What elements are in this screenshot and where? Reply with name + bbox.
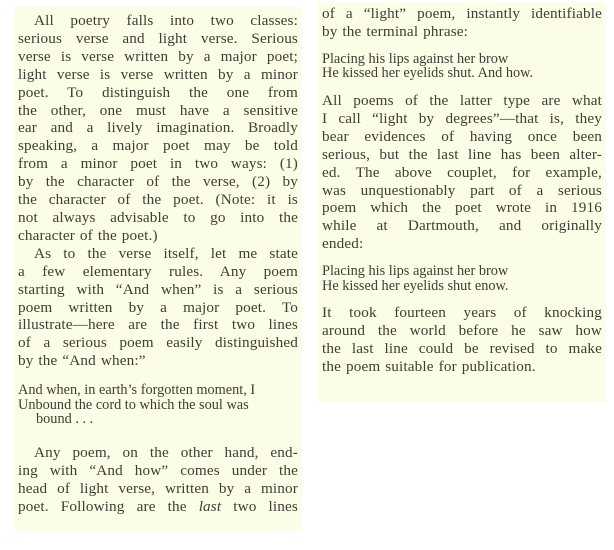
text-line: All poems of the latter type are what xyxy=(322,92,602,110)
text-fragment: poet. Following are the xyxy=(18,498,199,515)
text-line: the poem suitable for publication. xyxy=(322,358,602,376)
text-line: character of the poet.) xyxy=(18,227,298,245)
text-line: the last line could be revised to make xyxy=(322,340,602,358)
verse-line: Placing his lips against her brow xyxy=(322,264,602,279)
text-line: As to the verse itself, let me state xyxy=(18,245,298,263)
left-text-column: All poetry falls into two classes: serio… xyxy=(14,7,302,531)
text-line: Any poem, on the other hand, end- xyxy=(18,444,298,462)
paragraph-and-how: Any poem, on the other hand, end- ing wi… xyxy=(18,444,298,516)
text-line: was unquestionably part of a serious xyxy=(322,182,602,200)
verse-line: Placing his lips against her brow xyxy=(322,52,602,67)
text-line: serious, but the last line has been alte… xyxy=(322,146,602,164)
text-line: not always advisable to go into the xyxy=(18,209,298,227)
verse-serious-example: And when, in earth’s forgotten moment, I… xyxy=(18,383,298,427)
paragraph-poetry-classes: All poetry falls into two classes: serio… xyxy=(18,12,298,245)
text-line: illustrate—here are the first two lines xyxy=(18,316,298,334)
right-text-column: of a “light” poem, instantly identifiabl… xyxy=(318,2,606,402)
text-line: while at Dartmouth, and originally xyxy=(322,217,602,235)
text-line: poem which the poet wrote in 1916 xyxy=(322,199,602,217)
text-line: poet. Following are the last two lines xyxy=(18,498,298,516)
paragraph-elementary-rules: As to the verse itself, let me state a f… xyxy=(18,245,298,370)
paragraph-light-poem-intro: of a “light” poem, instantly identifiabl… xyxy=(322,5,602,41)
text-line: by the terminal phrase: xyxy=(322,23,602,41)
verse-line: Unbound the cord to which the soul was xyxy=(18,398,298,413)
text-line: of a “light” poem, instantly identifiabl… xyxy=(322,5,602,23)
text-line: It took fourteen years of knocking xyxy=(322,304,602,322)
text-line: bear evidences of having once been xyxy=(322,128,602,146)
text-line: starting with “And when” is a serious xyxy=(18,281,298,299)
verse-original-example: Placing his lips against her brow He kis… xyxy=(322,264,602,293)
verse-line: And when, in earth’s forgotten moment, I xyxy=(18,383,298,398)
text-line: poem written by a major poet. To xyxy=(18,299,298,317)
verse-light-example: Placing his lips against her brow He kis… xyxy=(322,52,602,81)
text-line: from a minor poet in two ways: (1) xyxy=(18,155,298,173)
text-line: by the “And when:” xyxy=(18,352,298,370)
text-line: of a serious poem easily distinguished xyxy=(18,334,298,352)
verse-line: He kissed her eyelids shut. And how. xyxy=(322,66,602,81)
text-line: serious verse and light verse. Serious xyxy=(18,30,298,48)
text-line: poet. To distinguish the one from xyxy=(18,84,298,102)
text-line: verse is verse written by a major poet; xyxy=(18,48,298,66)
paragraph-light-by-degrees: All poems of the latter type are what I … xyxy=(322,92,602,253)
text-line: by the character of the verse, (2) by xyxy=(18,173,298,191)
text-line: light verse is verse written by a minor xyxy=(18,66,298,84)
text-line: I call “light by degrees”—that is, they xyxy=(322,110,602,128)
text-line: speaking, a major poet may be told xyxy=(18,137,298,155)
text-line: the character of the poet. (Note: it is xyxy=(18,191,298,209)
text-line: All poetry falls into two classes: xyxy=(18,12,298,30)
verse-line: bound . . . xyxy=(18,412,298,427)
verse-line: He kissed her eyelids shut enow. xyxy=(322,279,602,294)
text-line: ended: xyxy=(322,235,602,253)
italic-emphasis: last xyxy=(199,498,222,515)
text-line: ed. The above couplet, for example, xyxy=(322,164,602,182)
text-line: the other, one must have a sensitive xyxy=(18,102,298,120)
text-line: head of light verse, written by a minor xyxy=(18,480,298,498)
text-line: ear and a lively imagination. Broadly xyxy=(18,119,298,137)
text-line: a few elementary rules. Any poem xyxy=(18,263,298,281)
text-fragment: two lines xyxy=(221,498,298,515)
paragraph-fourteen-years: It took fourteen years of knocking aroun… xyxy=(322,304,602,376)
text-line: around the world before he saw how xyxy=(322,322,602,340)
text-line: ing with “And how” comes under the xyxy=(18,462,298,480)
